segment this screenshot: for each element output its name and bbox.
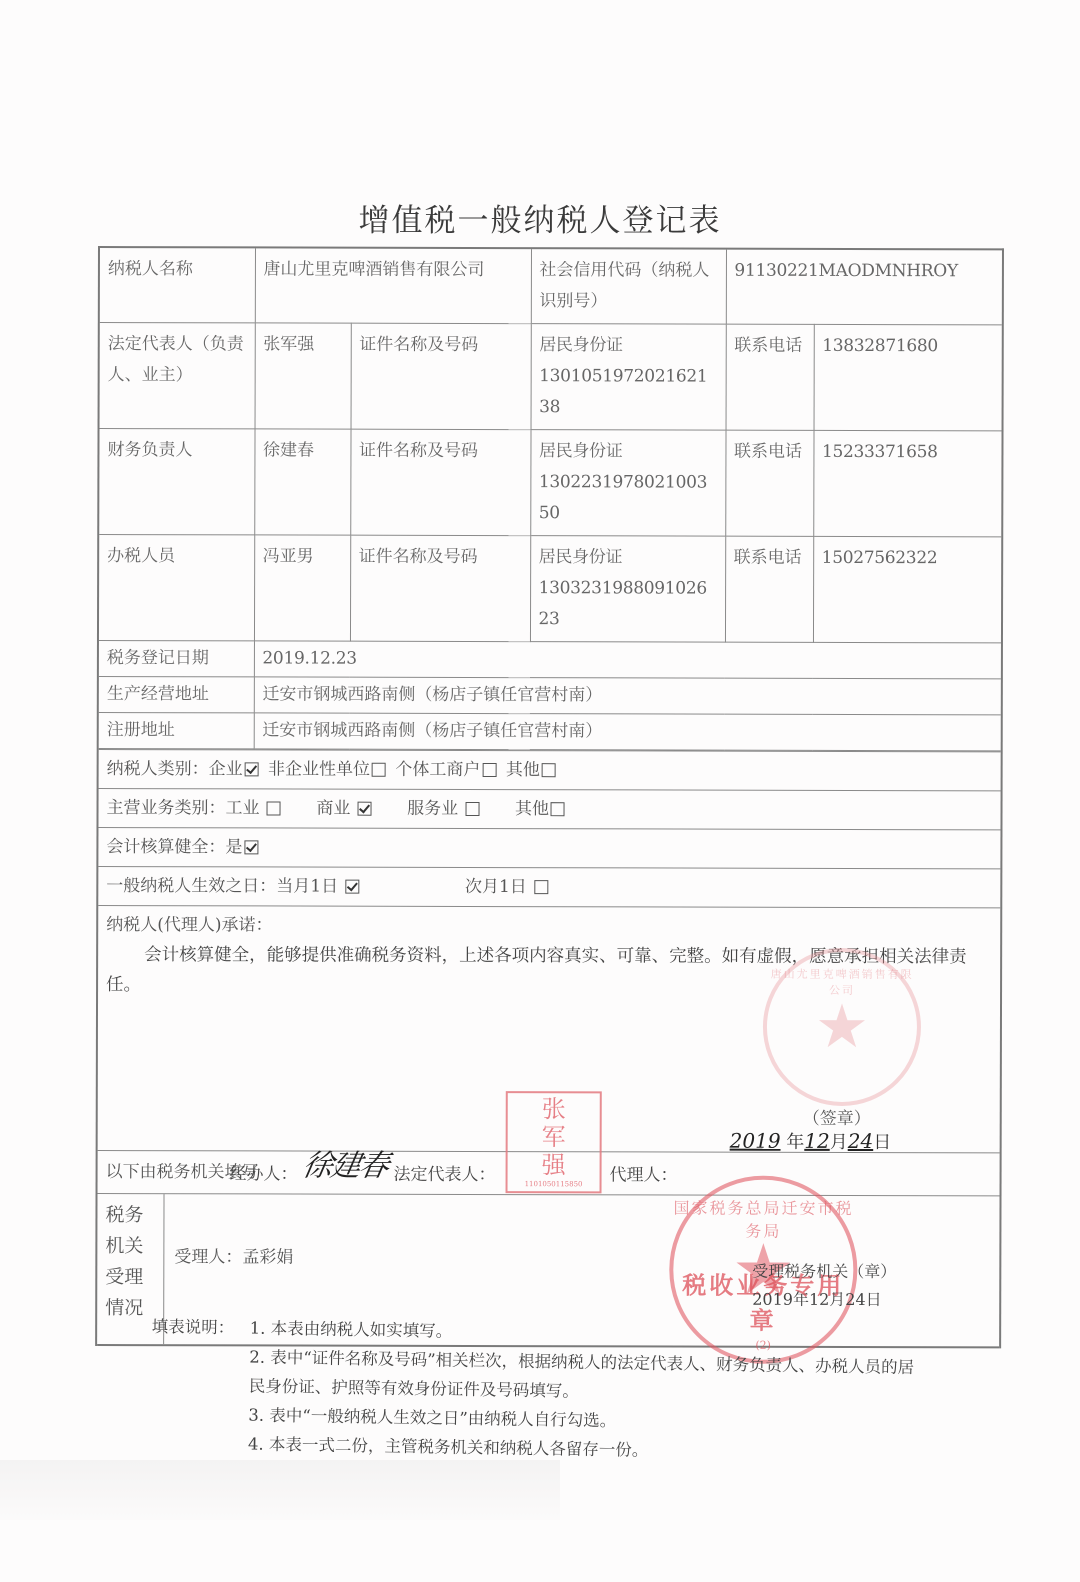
accounting-row: 会计核算健全：是 — [98, 827, 1000, 868]
main-business-row: 主营业务类别：工业 商业 服务业 其他 — [98, 788, 1000, 829]
phone-label: 联系电话 — [725, 536, 813, 642]
id-label: 证件名称及号码 — [350, 535, 530, 641]
table-row: 办税人员 冯亚男 证件名称及号码 居民身份证 13032319880910262… — [99, 535, 1001, 643]
person-name: 徐建春 — [254, 429, 350, 535]
credit-code-value: 91130221MAODMNHROY — [726, 250, 1002, 325]
id-type: 居民身份证 — [539, 542, 717, 573]
receiver-name: 孟彩娟 — [242, 1247, 293, 1267]
taxpayer-category-row: 纳税人类别：企业 非企业性单位 个体工商户 其他 — [99, 749, 1001, 790]
taxpayer-name-value: 唐山尤里克啤酒销售有限公司 — [255, 248, 531, 323]
sign-seal-label: （签章） — [803, 1104, 871, 1129]
id-value: 居民身份证 130105197202162138 — [531, 324, 726, 431]
sign-date-year-unit: 年 — [786, 1132, 804, 1153]
agent-label: 代理人： — [610, 1160, 678, 1185]
registered-address-row: 注册地址 迁安市钢城西路南侧（杨店子镇任官营村南） — [99, 713, 1001, 751]
receiver-label: 受理人： — [174, 1247, 242, 1267]
registration-form: 纳税人名称 唐山尤里克啤酒销售有限公司 社会信用代码（纳税人识别号） 91130… — [95, 246, 1004, 1348]
person-role-label: 法定代表人（负责人、业主） — [100, 323, 255, 429]
option-other-label: 其他 — [506, 760, 540, 780]
business-address-label: 生产经营地址 — [99, 677, 254, 713]
credit-code-label: 社会信用代码（纳税人识别号） — [531, 249, 726, 324]
person-name: 冯亚男 — [254, 535, 350, 641]
sign-date-day-unit: 日 — [873, 1132, 891, 1153]
checkbox-non-enterprise[interactable] — [372, 762, 386, 776]
checkbox-industry[interactable] — [267, 801, 281, 815]
seal-char: 张 — [542, 1095, 566, 1123]
table-row: 法定代表人（负责人、业主） 张军强 证件名称及号码 居民身份证 13010519… — [100, 323, 1002, 431]
handler-label: 经办人： — [230, 1159, 298, 1184]
seal-code: 1101050115850 — [525, 1179, 583, 1189]
checkbox-commerce[interactable] — [358, 801, 372, 815]
instructions-list: 1. 本表由纳税人如实填写。 2. 表中“证件名称及号码”相关栏次，根据纳税人的… — [248, 1314, 930, 1470]
id-type: 居民身份证 — [539, 436, 717, 467]
instruction-item: 2. 表中“证件名称及号码”相关栏次，根据纳税人的法定代表人、财务负责人、办税人… — [249, 1343, 930, 1412]
pledge-section: 纳税人(代理人)承诺： 会计核算健全，能够提供准确税务资料，上述各项内容真实、可… — [98, 905, 1001, 1152]
checkbox-other-category[interactable] — [542, 763, 556, 777]
seal-char: 强 — [542, 1151, 566, 1179]
tax-office-stamp: 受理税务机关（章） 2019年12月24日 — [752, 1258, 896, 1314]
option-current-month-label: 当月1日 — [276, 876, 338, 896]
id-number: 130105197202162138 — [539, 361, 717, 423]
option-service-label: 服务业 — [407, 799, 458, 819]
tax-office-stamp-date: 2019年12月24日 — [752, 1286, 896, 1314]
business-address-row: 生产经营地址 迁安市钢城西路南侧（杨店子镇任官营村南） — [99, 677, 1001, 715]
checkbox-service[interactable] — [466, 801, 480, 815]
sign-date-day: 24 — [848, 1129, 874, 1153]
table-row: 财务负责人 徐建春 证件名称及号码 居民身份证 1302231978021003… — [99, 429, 1001, 537]
checkbox-accounting-yes[interactable] — [244, 840, 258, 854]
option-non-enterprise-label: 非企业性单位 — [268, 759, 370, 779]
phone-label: 联系电话 — [726, 324, 814, 430]
person-name: 张军强 — [255, 323, 351, 429]
id-value: 居民身份证 130323198809102623 — [530, 536, 725, 643]
sign-date-year: 2019 — [730, 1129, 781, 1153]
signature-line: 经办人： 徐建春 法定代表人： 张 军 强 1101050115850 代理人： — [230, 1082, 678, 1185]
checkbox-next-month[interactable] — [534, 880, 548, 894]
registration-date-label: 税务登记日期 — [99, 641, 254, 677]
id-label: 证件名称及号码 — [351, 323, 531, 429]
registration-date-value: 2019.12.23 — [254, 641, 1001, 679]
option-industry-label: 工业 — [226, 798, 260, 818]
id-number: 130323198809102623 — [538, 573, 716, 635]
company-seal-text: 唐山尤里克啤酒销售有限公司 — [767, 966, 917, 998]
registered-address-label: 注册地址 — [99, 713, 254, 749]
receiver: 受理人：孟彩娟 — [174, 1242, 293, 1267]
main-business-label: 主营业务类别： — [107, 798, 226, 818]
company-seal: 唐山尤里克啤酒销售有限公司 ★ — [763, 948, 921, 1106]
tax-office-stamp-label: 受理税务机关（章） — [752, 1258, 896, 1286]
option-commerce-label: 商业 — [316, 799, 350, 819]
registration-date-row: 税务登记日期 2019.12.23 — [99, 641, 1001, 679]
id-type: 居民身份证 — [539, 330, 717, 361]
business-address-value: 迁安市钢城西路南侧（杨店子镇任官营村南） — [254, 677, 1001, 715]
handler-signature: 徐建春 — [300, 1141, 392, 1185]
phone-value: 15233371658 — [813, 430, 1001, 536]
star-icon: ★ — [815, 997, 869, 1057]
taxpayer-name-label: 纳税人名称 — [100, 248, 255, 323]
filling-instructions: 填表说明： 1. 本表由纳税人如实填写。 2. 表中“证件名称及号码”相关栏次，… — [150, 1312, 930, 1469]
document-title: 增值税一般纳税人登记表 — [0, 195, 1080, 240]
taxpayer-name-row: 纳税人名称 唐山尤里克啤酒销售有限公司 社会信用代码（纳税人识别号） 91130… — [100, 248, 1002, 325]
person-role-label: 财务负责人 — [99, 429, 254, 535]
phone-value: 13832871680 — [814, 324, 1002, 430]
effective-date-row: 一般纳税人生效之日：当月1日 次月1日 — [98, 866, 1000, 907]
taxpayer-info-table: 纳税人名称 唐山尤里克啤酒销售有限公司 社会信用代码（纳税人识别号） 91130… — [99, 248, 1002, 751]
option-enterprise-label: 企业 — [209, 759, 243, 779]
phone-value: 15027562322 — [813, 536, 1001, 642]
taxpayer-category-label: 纳税人类别： — [107, 759, 209, 779]
sign-date: 2019 年12月24日 — [730, 1128, 892, 1154]
accounting-label: 会计核算健全： — [106, 837, 225, 857]
checkbox-current-month[interactable] — [346, 879, 360, 893]
person-role-label: 办税人员 — [99, 535, 254, 641]
phone-label: 联系电话 — [725, 430, 813, 536]
checkbox-enterprise[interactable] — [245, 762, 259, 776]
option-other-business-label: 其他 — [515, 799, 549, 819]
sign-date-month: 12 — [804, 1129, 830, 1153]
checkbox-individual-business[interactable] — [482, 763, 496, 777]
effective-date-label: 一般纳税人生效之日： — [106, 876, 276, 896]
option-next-month-label: 次月1日 — [465, 877, 527, 897]
id-label: 证件名称及号码 — [350, 429, 530, 535]
instructions-label: 填表说明： — [150, 1312, 250, 1459]
checkbox-other-business[interactable] — [551, 802, 565, 816]
option-individual-business-label: 个体工商户 — [395, 760, 480, 780]
sign-date-month-unit: 月 — [830, 1132, 848, 1153]
seal-char: 军 — [542, 1123, 566, 1151]
legal-rep-seal: 张 军 强 1101050115850 — [506, 1091, 602, 1193]
id-value: 居民身份证 130223197802100350 — [530, 430, 725, 537]
registered-address-value: 迁安市钢城西路南侧（杨店子镇任官营村南） — [254, 713, 1001, 751]
tax-office-seal-ring-text: 国家税务总局迁安市税务局 — [673, 1196, 853, 1242]
id-number: 130223197802100350 — [539, 467, 717, 529]
legal-rep-label: 法定代表人： — [394, 1160, 496, 1185]
pledge-heading: 纳税人(代理人)承诺： — [106, 910, 992, 942]
option-yes-label: 是 — [225, 837, 242, 857]
paper-shadow — [0, 1460, 560, 1520]
